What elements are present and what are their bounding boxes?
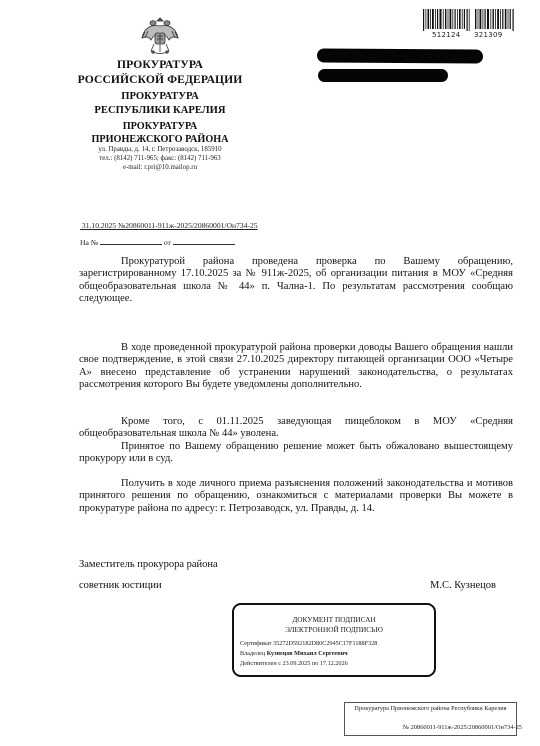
stamp-number: № 20860011-911ж-2025/20860001/Он734-25: [403, 724, 522, 731]
barcode-icon: [423, 9, 515, 31]
signatory-name: М.С. Кузнецов: [430, 580, 496, 591]
org-name-republic: ПРОКУРАТУРА РЕСПУБЛИКИ КАРЕЛИЯ: [60, 90, 260, 117]
reply-reference-line: На № от: [80, 237, 235, 247]
esign-owner: Владелец Кузнецов Михаил Сергеевич: [240, 650, 348, 657]
stamp-org: Прокуратура Прионежского района Республи…: [345, 705, 516, 714]
registration-line: 31.10.2025 №20860011-911ж-2025/20860001/…: [80, 221, 258, 230]
org-phone: тел.: (8142) 711-965; факс: (8142) 711-9…: [60, 154, 260, 163]
registration-stamp: Прокуратура Прионежского района Республи…: [344, 702, 517, 736]
org-name-federal: ПРОКУРАТУРА РОССИЙСКОЙ ФЕДЕРАЦИИ: [60, 58, 260, 87]
body-paragraph-3: Кроме того, с 01.11.2025 заведующая пище…: [79, 416, 513, 441]
org-name-district: ПРОКУРАТУРА ПРИОНЕЖСКОГО РАЙОНА: [60, 120, 260, 146]
body-paragraph-2: В ходе проведенной прокуратурой района п…: [79, 342, 513, 391]
registration-date: 31.10.2025: [82, 221, 116, 230]
reply-date-blank: [173, 237, 235, 245]
redacted-recipient-line-2: [318, 69, 448, 82]
electronic-signature-stamp: ДОКУМЕНТ ПОДПИСАН ЭЛЕКТРОННОЙ ПОДПИСЬЮ С…: [232, 603, 436, 677]
reply-number-blank: [100, 237, 162, 245]
org-email: e-mail: r.pri@10.mailop.ru: [60, 163, 260, 172]
redacted-recipient-line-1: [317, 48, 483, 63]
esign-certificate: Сертификат 35272D592182D80C2945C17F1188F…: [240, 640, 377, 647]
signatory-position: Заместитель прокурора района: [79, 559, 218, 570]
registration-number: 20860011-911ж-2025/20860001/Он734-25: [125, 221, 257, 230]
esign-title: ДОКУМЕНТ ПОДПИСАН ЭЛЕКТРОННОЙ ПОДПИСЬЮ: [234, 615, 434, 634]
coat-of-arms-icon: [139, 14, 181, 58]
barcode-number-right: 321309: [474, 31, 503, 39]
esign-validity: Действителен с 23.09.2025 по 17.12.2026: [240, 660, 348, 667]
barcode-number-left: 512124: [432, 31, 461, 39]
body-paragraph-1: Прокуратурой района проведена проверка п…: [79, 256, 513, 305]
org-contacts: ул. Правды, д. 14, г. Петрозаводск, 1859…: [60, 145, 260, 172]
body-paragraph-4: Принятое по Вашему обращению решение мож…: [79, 441, 513, 466]
body-paragraph-5: Получить в ходе личного приема разъяснен…: [79, 478, 513, 515]
org-address: ул. Правды, д. 14, г. Петрозаводск, 1859…: [60, 145, 260, 154]
signatory-rank: советник юстиции: [79, 580, 162, 591]
